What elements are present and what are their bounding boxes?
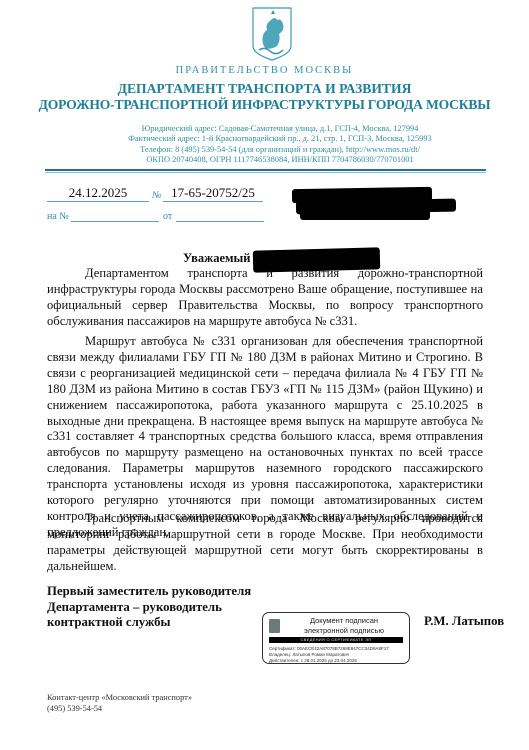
- electronic-signature-stamp: Документ подписан электронной подписью С…: [262, 612, 410, 664]
- reference-number-line: [71, 221, 159, 222]
- actual-address: Фактический адрес: 1-й Красногвардейский…: [80, 134, 480, 145]
- registry-codes: ОКПО 20740408, ОГРН 1117746538084, ИНН/К…: [80, 155, 480, 166]
- greeting: Уважаемый: [183, 251, 251, 266]
- stamp-title: Документ подписан электронной подписью: [285, 616, 403, 635]
- signatory-title-line1: Первый заместитель руководителя: [47, 584, 251, 600]
- signatory-title-line3: контрактной службы: [47, 615, 251, 631]
- signatory-title: Первый заместитель руководителя Департам…: [47, 584, 251, 631]
- body-paragraph-2: Маршрут автобуса № с331 организован для …: [47, 334, 483, 541]
- contact-center-phone: (495) 539-54-54: [47, 704, 192, 715]
- paragraph-text: Маршрут автобуса № с331 организован для …: [47, 334, 483, 541]
- body-paragraph-3: Транспортным комплексом города Москвы ре…: [47, 511, 483, 575]
- stamp-certificate-header: СВЕДЕНИЯ О СЕРТИФИКАТЕ ЭП: [269, 637, 403, 643]
- stamp-title-line2: электронной подписью: [285, 626, 403, 636]
- stamp-validity: Действителен: с 28.01.2025 до 23.04.2026: [269, 658, 357, 663]
- stamp-certificate: Сертификат: 00AECE42A87078B7268E847CC34D…: [269, 646, 389, 651]
- department-title-line1: ДЕПАРТАМЕНТ ТРАНСПОРТА И РАЗВИТИЯ: [0, 81, 529, 97]
- stamp-owner: Владелец: Латыпов Роман Маратович: [269, 652, 349, 657]
- registration-number-label: №: [152, 190, 161, 201]
- stamp-title-line1: Документ подписан: [285, 616, 403, 626]
- moscow-emblem-icon: [269, 619, 280, 633]
- phone-web: Телефон: 8 (495) 539-54-54 (для организа…: [80, 145, 480, 156]
- registration-number: 17-65-20752/25: [163, 185, 263, 202]
- reference-date-label: от: [163, 211, 172, 222]
- legal-address: Юридический адрес: Садовая-Самотечная ул…: [80, 124, 480, 135]
- department-title-line2: ДОРОЖНО-ТРАНСПОРТНОЙ ИНФРАСТРУКТУРЫ ГОРО…: [0, 97, 529, 113]
- paragraph-text: Департаментом транспорта и развития доро…: [47, 266, 483, 330]
- registration-date: 24.12.2025: [47, 185, 149, 202]
- signatory-name: Р.М. Латыпов: [424, 614, 504, 629]
- reference-date-line: [176, 221, 264, 222]
- body-paragraph-1: Департаментом транспорта и развития доро…: [47, 266, 483, 330]
- signatory-title-line2: Департамента – руководитель: [47, 600, 251, 616]
- header-divider-thin: [45, 172, 486, 173]
- reference-number-label: на №: [47, 211, 69, 222]
- redacted-recipient-address-3: [300, 207, 430, 220]
- government-title: ПРАВИТЕЛЬСТВО МОСКВЫ: [0, 65, 529, 76]
- header-divider: [45, 169, 486, 171]
- contact-center: Контакт-центр «Московский транспорт» (49…: [47, 693, 192, 714]
- moscow-coat-of-arms-icon: [251, 6, 293, 62]
- paragraph-text: Транспортным комплексом города Москвы ре…: [47, 511, 483, 575]
- contact-center-name: Контакт-центр «Московский транспорт»: [47, 693, 192, 704]
